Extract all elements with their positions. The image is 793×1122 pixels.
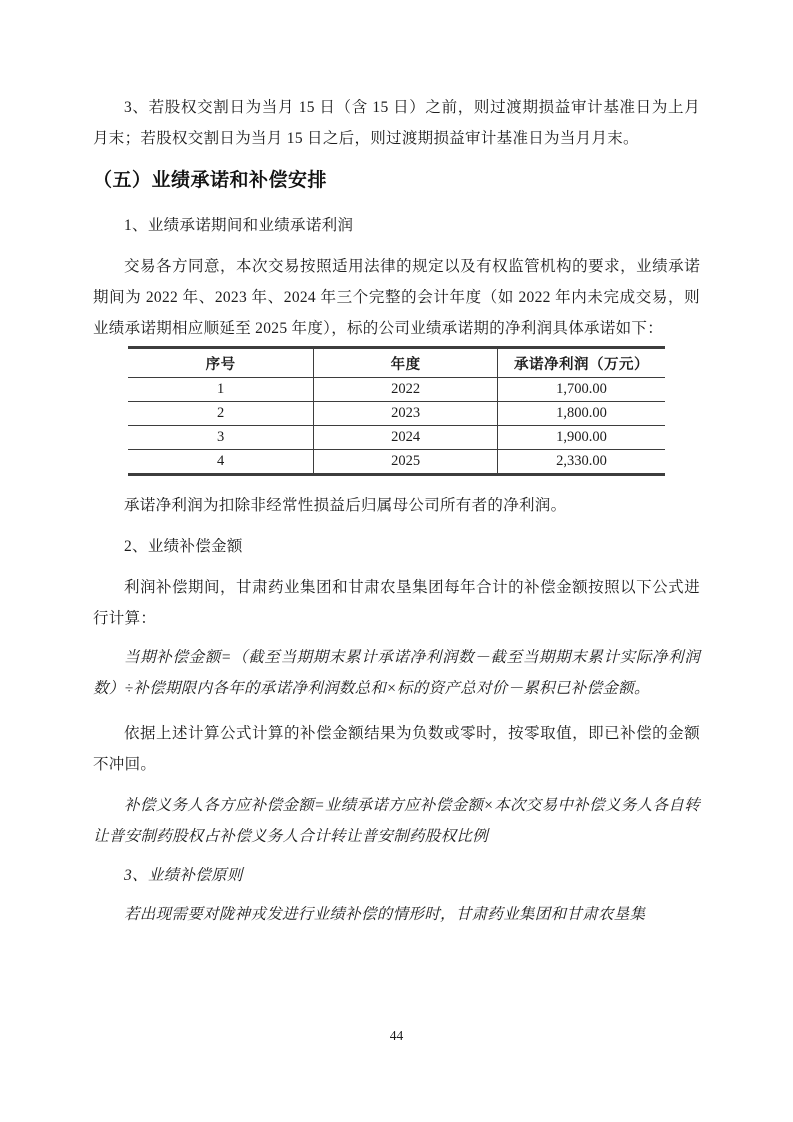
paragraph-transfer-date-rule: 3、若股权交割日为当月 15 日（含 15 日）之前，则过渡期损益审计基准日为上…	[93, 92, 700, 154]
paragraph-compensation-period: 利润补偿期间，甘肃药业集团和甘肃农垦集团每年合计的补偿金额按照以下公式进行计算：	[93, 572, 700, 634]
paragraph-net-profit-note: 承诺净利润为扣除非经常性损益后归属母公司所有者的净利润。	[93, 490, 700, 521]
page-number: 44	[0, 1028, 793, 1044]
paragraph-zero-rule: 依据上述计算公式计算的补偿金额结果为负数或零时，按零取值，即已补偿的金额不冲回。	[93, 718, 700, 780]
table-header-year: 年度	[314, 348, 498, 378]
table-header-index: 序号	[128, 348, 314, 378]
paragraph-obligor-formula: 补偿义务人各方应补偿金额=业绩承诺方应补偿金额×本次交易中补偿义务人各自转让普安…	[93, 790, 700, 852]
table-header-row: 序号 年度 承诺净利润（万元）	[128, 348, 665, 378]
paragraph-principle-intro: 若出现需要对陇神戎发进行业绩补偿的情形时，甘肃药业集团和甘肃农垦集	[93, 899, 700, 930]
cell-index: 3	[128, 426, 314, 450]
paragraph-commitment-period: 交易各方同意，本次交易按照适用法律的规定以及有权监管机构的要求，业绩承诺期间为 …	[93, 251, 700, 344]
table-row: 2 2023 1,800.00	[128, 402, 665, 426]
cell-index: 4	[128, 450, 314, 475]
cell-year: 2024	[314, 426, 498, 450]
subsection-3-title: 3、业绩补偿原则	[93, 860, 700, 891]
cell-profit: 1,800.00	[497, 402, 665, 426]
subsection-1-title: 1、业绩承诺期间和业绩承诺利润	[93, 210, 700, 241]
table-row: 3 2024 1,900.00	[128, 426, 665, 450]
table-header-promised-profit: 承诺净利润（万元）	[497, 348, 665, 378]
document-page: 3、若股权交割日为当月 15 日（含 15 日）之前，则过渡期损益审计基准日为上…	[0, 0, 793, 1122]
cell-index: 2	[128, 402, 314, 426]
cell-index: 1	[128, 378, 314, 402]
cell-profit: 2,330.00	[497, 450, 665, 475]
table-row: 4 2025 2,330.00	[128, 450, 665, 475]
cell-profit: 1,700.00	[497, 378, 665, 402]
cell-profit: 1,900.00	[497, 426, 665, 450]
cell-year: 2022	[314, 378, 498, 402]
table-row: 1 2022 1,700.00	[128, 378, 665, 402]
cell-year: 2025	[314, 450, 498, 475]
subsection-2-title: 2、业绩补偿金额	[93, 531, 700, 562]
paragraph-compensation-formula: 当期补偿金额=（截至当期期末累计承诺净利润数－截至当期期末累计实际净利润数）÷补…	[93, 642, 700, 704]
cell-year: 2023	[314, 402, 498, 426]
section-heading-5: （五）业绩承诺和补偿安排	[93, 168, 700, 194]
profit-commitment-table: 序号 年度 承诺净利润（万元） 1 2022 1,700.00 2 2023 1…	[128, 346, 665, 476]
